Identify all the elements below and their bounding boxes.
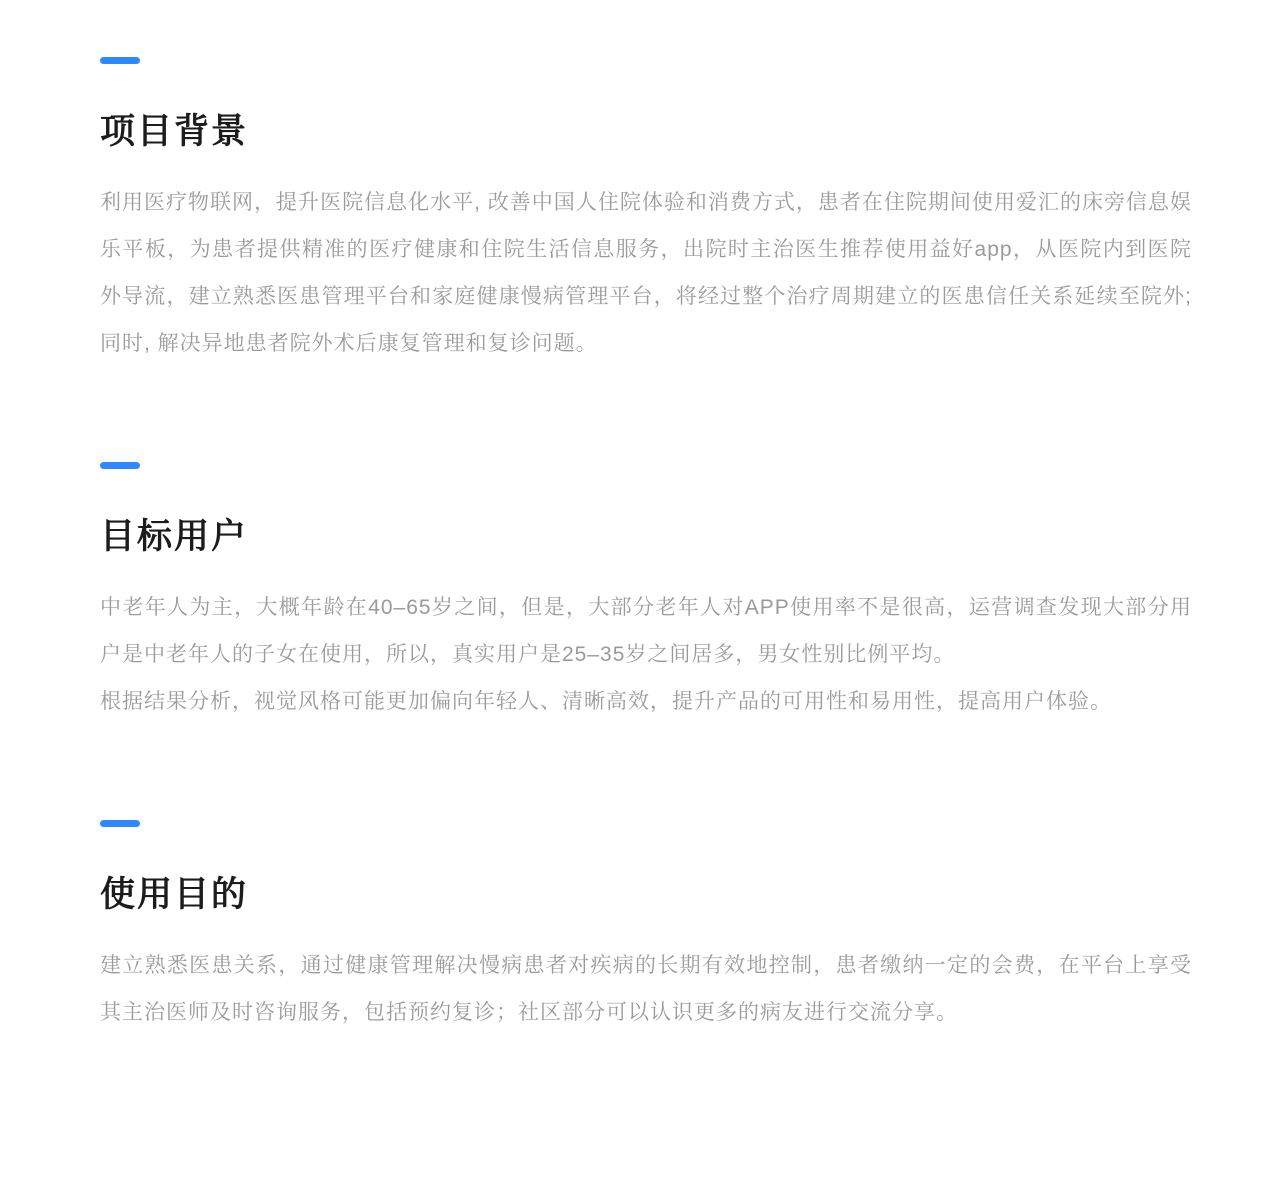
- paragraph: 中老年人为主，大概年龄在40–65岁之间，但是，大部分老年人对APP使用率不是很…: [100, 584, 1192, 678]
- section-body: 中老年人为主，大概年龄在40–65岁之间，但是，大部分老年人对APP使用率不是很…: [100, 584, 1192, 725]
- paragraph: 建立熟悉医患关系，通过健康管理解决慢病患者对疾病的长期有效地控制，患者缴纳一定的…: [100, 942, 1192, 1036]
- section-body: 利用医疗物联网，提升医院信息化水平, 改善中国人住院体验和消费方式，患者在住院期…: [100, 179, 1192, 367]
- section-usage-purpose: 使用目的 建立熟悉医患关系，通过健康管理解决慢病患者对疾病的长期有效地控制，患者…: [100, 820, 1192, 1036]
- section-title: 使用目的: [100, 873, 1192, 917]
- section-title: 项目背景: [100, 110, 1192, 154]
- section-target-users: 目标用户 中老年人为主，大概年龄在40–65岁之间，但是，大部分老年人对APP使…: [100, 462, 1192, 725]
- section-accent-dash: [100, 462, 140, 469]
- section-title: 目标用户: [100, 515, 1192, 559]
- paragraph: 根据结果分析，视觉风格可能更加偏向年轻人、清晰高效，提升产品的可用性和易用性，提…: [100, 678, 1192, 725]
- section-project-background: 项目背景 利用医疗物联网，提升医院信息化水平, 改善中国人住院体验和消费方式，患…: [100, 57, 1192, 367]
- section-accent-dash: [100, 820, 140, 827]
- paragraph: 利用医疗物联网，提升医院信息化水平, 改善中国人住院体验和消费方式，患者在住院期…: [100, 179, 1192, 367]
- section-accent-dash: [100, 57, 140, 64]
- document-page: 项目背景 利用医疗物联网，提升医院信息化水平, 改善中国人住院体验和消费方式，患…: [0, 0, 1280, 1036]
- section-body: 建立熟悉医患关系，通过健康管理解决慢病患者对疾病的长期有效地控制，患者缴纳一定的…: [100, 942, 1192, 1036]
